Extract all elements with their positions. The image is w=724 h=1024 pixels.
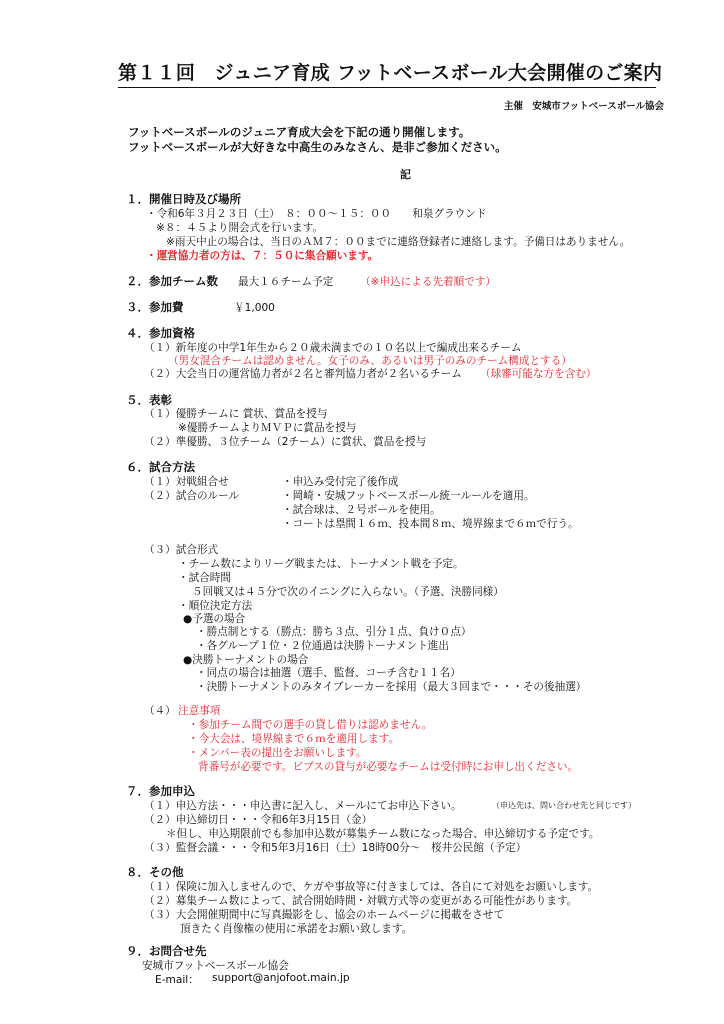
caution-label-number: （４） — [144, 703, 176, 718]
award-2: （２）準優勝、３位チーム（2チーム）に賞状、賞品を授与 — [144, 434, 426, 449]
caution-line: ・参加チーム間での選手の貸し借りは認めません。 — [188, 717, 432, 732]
ki-heading: 記 — [400, 166, 411, 182]
award-1-sub: ※優勝チームよりＭＶＰに賞品を授与 — [178, 420, 356, 435]
staff-note: ・運営協力者の方は、７：５０に集合願います。 — [146, 248, 378, 263]
fee: ￥1,000 — [234, 300, 275, 315]
contact-org: 安城市フットベースボール協会 — [142, 958, 289, 973]
match-format-line: ・同点の場合は抽選（選手、監督、コーチ含む１１名） — [196, 665, 461, 680]
award-1: （１）優勝チームに 賞状、賞品を授与 — [144, 406, 327, 421]
match-format-line: ・決勝トーナメントのみタイブレーカーを採用（最大３回まで・・・その後抽選） — [196, 679, 586, 694]
team-count-note: （※申込による先着順です） — [360, 274, 496, 289]
rain-note: ※雨天中止の場合は、当日のＡＭ７：００までに連絡登録者に連絡します。予備日はあり… — [166, 234, 630, 249]
intro-line-1: フットベースボールのジュニア育成大会を下記の通り開催します。 — [128, 124, 470, 140]
caution-line: ・メンバー表の提出をお願いします。 — [188, 745, 367, 760]
caution-label: 注意事項 — [178, 703, 220, 718]
section-4-heading: ４．参加資格 — [126, 325, 195, 341]
application-method: （１）申込方法・・・申込書に記入し、メールにてお申込下さい。 — [144, 798, 462, 813]
match-rules-label: （２）試合のルール — [144, 488, 239, 503]
section-8-heading: ８．その他 — [126, 864, 184, 880]
application-method-note: （申込先は、問い合わせ先と同じです） — [492, 800, 636, 811]
match-format-label: （３）試合形式 — [144, 542, 218, 557]
match-rule: ・コートは塁間１６ｍ、投本間８ｍ、境界線まで６ｍで行う。 — [282, 516, 579, 531]
page-title: 第１１回 ジュニア育成 フットベースボール大会開催のご案内 — [118, 58, 656, 88]
other-1: （１）保険に加入しませんので、ケガや事故等に付きましては、各自にて対処をお願いし… — [144, 879, 598, 894]
caution-line: ・今大会は、境界線まで６ｍを適用します。 — [188, 731, 399, 746]
opening-note: ※８：４５より開会式を行います。 — [156, 220, 323, 235]
manager-meeting: （３）監督会議・・・令和5年3月16日（土）18時00分～ 桜井公民館（予定） — [144, 840, 526, 855]
match-rule: ・岡崎・安城フットベースボール統一ルールを適用。 — [282, 488, 535, 503]
section-2-heading: ２．参加チーム数 — [126, 273, 218, 289]
caution-line: 背番号が必要です。ビブスの貸与が必要なチームは受付時にお申し出ください。 — [198, 759, 578, 774]
match-format-line: ・各グループ１位・２位通過は決勝トーナメント進出 — [196, 638, 449, 653]
match-pairing-value: ・申込み受付完了後作成 — [282, 474, 399, 489]
email-link[interactable]: support@anjofoot.main.jp — [212, 972, 350, 984]
organizer: 主催 安城市フットベースボール協会 — [504, 98, 664, 112]
section-3-heading: ３．参加費 — [126, 299, 184, 315]
section-1-heading: １．開催日時及び場所 — [126, 191, 241, 207]
event-date: ・令和6年３月２３日（土） ８：００～１５：００ 和泉グラウンド — [146, 206, 486, 221]
match-format-line: ５回戦又は４５分で次のイニングに入らない。（予選、決勝同様） — [192, 584, 504, 599]
match-format-line: ・試合時間 — [178, 570, 231, 585]
match-pairing-label: （１）対戦組合せ — [144, 474, 229, 489]
application-deadline: （２）申込締切日・・・令和6年3月15日（金） — [144, 812, 372, 827]
team-count: 最大１６チーム予定 — [238, 274, 333, 289]
eligibility-2-note: （球審可能な方を含む） — [480, 366, 597, 381]
other-3: （３）大会開催期間中に写真撮影をし、協会のホームページに掲載をさせて — [144, 907, 504, 922]
match-format-line: ・勝点制とする（勝点：勝ち３点、引分１点、負け０点） — [196, 624, 471, 639]
section-9-heading: ９．お問合せ先 — [126, 943, 207, 959]
section-7-heading: ７．参加申込 — [126, 783, 195, 799]
application-deadline-note: ＊但し、申込期限前でも参加申込数が募集チーム数になった場合、申込締切する予定です… — [166, 826, 600, 841]
eligibility-2: （２）大会当日の運営協力者が２名と審判協力者が２名いるチーム — [144, 366, 462, 381]
other-3-cont: 頂きたく肖像権の使用に承諾をお願い致します。 — [180, 921, 412, 936]
intro-line-2: フットベースボールが大好きな中高生のみなさん、是非ご参加ください。 — [128, 139, 507, 155]
email-label: E-mail： — [155, 972, 199, 987]
section-6-heading: ６．試合方法 — [126, 459, 195, 475]
match-format-line: ・チーム数によりリーグ戦または、トーナメント戦を予定。 — [178, 556, 464, 571]
other-2: （２）募集チーム数によって、試合開始時間・対戦方式等の変更がある可能性があります… — [144, 893, 577, 908]
match-rule: ・試合球は、２号ボールを使用。 — [282, 502, 441, 517]
